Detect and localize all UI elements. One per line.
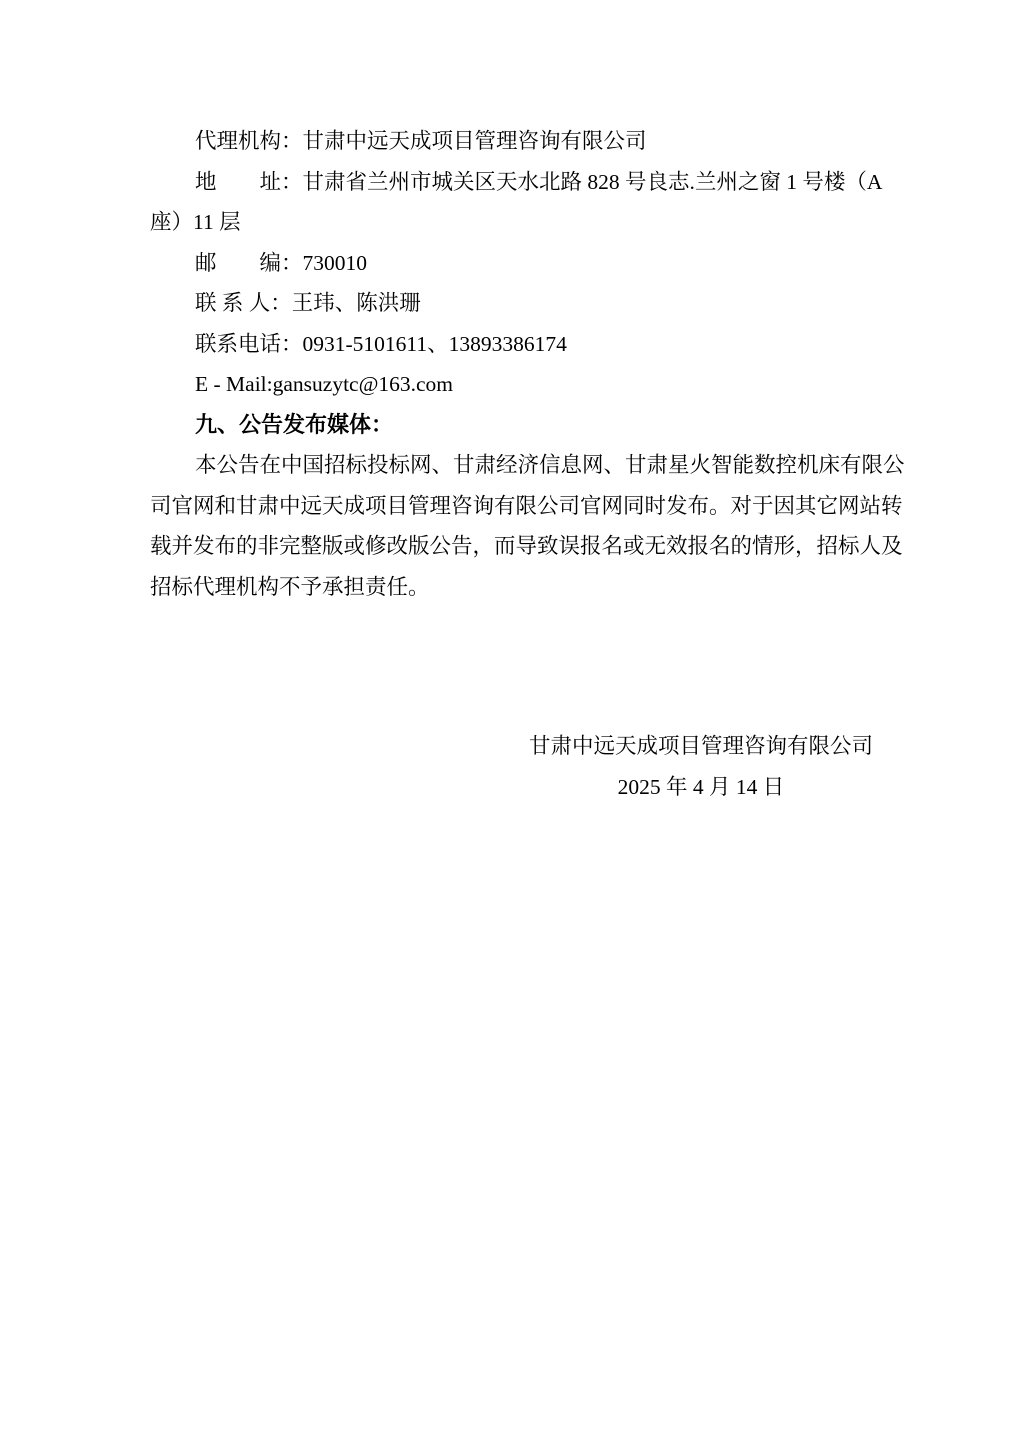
section-nine-paragraph-line: 载并发布的非完整版或修改版公告，而导致误报名或无效报名的情形，招标人及 <box>150 526 878 567</box>
agency-name-line: 代理机构：甘肃中远天成项目管理咨询有限公司 <box>150 121 878 162</box>
document-body: 代理机构：甘肃中远天成项目管理咨询有限公司 地 址：甘肃省兰州市城关区天水北路 … <box>150 121 878 607</box>
address-line-2: 座）11 层 <box>150 202 878 243</box>
postal-code-line: 邮 编：730010 <box>150 243 878 284</box>
signature-block: 甘肃中远天成项目管理咨询有限公司 2025 年 4 月 14 日 <box>529 726 873 807</box>
email-line: E - Mail:gansuzytc@163.com <box>150 364 878 405</box>
section-nine-heading: 九、公告发布媒体： <box>150 405 878 446</box>
signature-company-name: 甘肃中远天成项目管理咨询有限公司 <box>529 726 873 767</box>
document-page: 代理机构：甘肃中远天成项目管理咨询有限公司 地 址：甘肃省兰州市城关区天水北路 … <box>0 0 1024 1448</box>
section-nine-paragraph-line: 本公告在中国招标投标网、甘肃经济信息网、甘肃星火智能数控机床有限公 <box>150 445 878 486</box>
contact-person-line: 联 系 人：王玮、陈洪珊 <box>150 283 878 324</box>
phone-line: 联系电话：0931-5101611、13893386174 <box>150 324 878 365</box>
section-nine-paragraph-line: 司官网和甘肃中远天成项目管理咨询有限公司官网同时发布。对于因其它网站转 <box>150 486 878 527</box>
address-line-1: 地 址：甘肃省兰州市城关区天水北路 828 号良志.兰州之窗 1 号楼（A <box>150 162 878 203</box>
signature-date: 2025 年 4 月 14 日 <box>529 767 873 808</box>
section-nine-paragraph-line: 招标代理机构不予承担责任。 <box>150 567 878 608</box>
